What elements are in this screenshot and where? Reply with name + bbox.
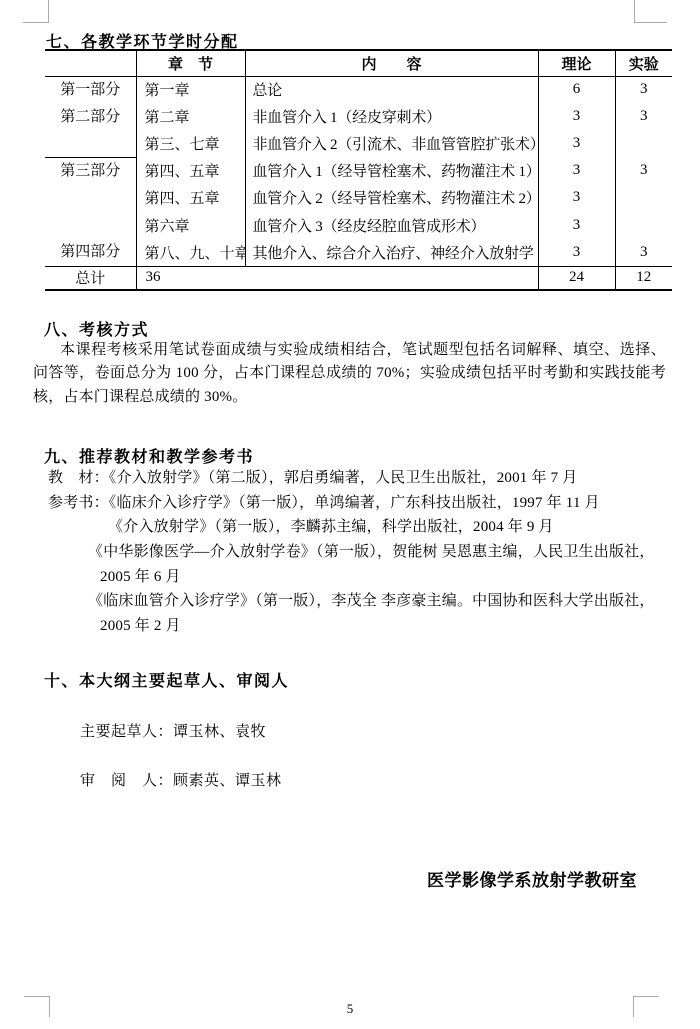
lab-cell: 3 [615, 157, 672, 184]
content-cell: 非血管介入 2（引流术、非血管管腔扩张术） [245, 130, 538, 157]
lab-cell: 3 [615, 239, 672, 266]
lab-cell [615, 130, 672, 157]
chapter-cell: 第六章 [136, 212, 245, 239]
content-cell: 非血管介入 1（经皮穿刺术） [245, 103, 538, 130]
textbook-line: 教 材：《介入放射学》（第二版），郭启勇编著，人民卫生出版社，2001 年 7 … [48, 466, 577, 487]
content-cell: 其他介入、综合介入治疗、神经介入放射学 [245, 239, 538, 266]
part-cell-group2: 第三部分 第四部分 [45, 157, 136, 266]
table-row: 第二章 非血管介入 1（经皮穿刺术） 3 3 [45, 103, 672, 130]
table-row: 第一部分 第二部分 第一章 总论 6 3 [45, 76, 672, 103]
lab-cell: 3 [615, 103, 672, 130]
total-hours: 36 [136, 266, 538, 290]
chapter-cell: 第四、五章 [136, 184, 245, 211]
theory-cell: 3 [538, 212, 615, 239]
part-label: 第一部分 [45, 77, 136, 104]
theory-cell: 3 [538, 130, 615, 157]
theory-cell: 3 [538, 184, 615, 211]
content-cell: 血管介入 1（经导管栓塞术、药物灌注术 1） [245, 157, 538, 184]
part-label: 第四部分 [45, 239, 136, 266]
chapter-cell: 第八、九、十章 [136, 239, 245, 266]
total-theory: 24 [538, 266, 615, 290]
section-10-heading: 十、本大纲主要起草人、审阅人 [44, 668, 289, 691]
header-theory: 理论 [538, 50, 615, 76]
part-cell-group1: 第一部分 第二部分 [45, 76, 136, 157]
chapter-cell: 第三、七章 [136, 130, 245, 157]
lab-cell [615, 184, 672, 211]
chapter-cell: 第四、五章 [136, 157, 245, 184]
theory-cell: 6 [538, 76, 615, 103]
document-page: 七、各教学环节学时分配 章 节 内 容 理论 实验 第一部分 第二部分 第一章 … [0, 0, 700, 1029]
teaching-hours-table: 章 节 内 容 理论 实验 第一部分 第二部分 第一章 总论 6 3 第二章 非… [45, 49, 672, 291]
table-row: 第六章 血管介入 3（经皮经腔血管成形术） 3 [45, 212, 672, 239]
assessment-paragraph: 本课程考核采用笔试卷面成绩与实验成绩相结合，笔试题型包括名词解释、填空、选择、问… [33, 339, 666, 409]
table-total-row: 总计 36 24 12 [45, 266, 672, 290]
page-number: 5 [0, 1001, 700, 1017]
reference-book-line: 参考书：《临床介入诊疗学》（第一版），单鸿编著，广东科技出版社，1997 年 1… [48, 491, 600, 512]
reviewers-line: 审 阅 人：顾素英、谭玉林 [80, 769, 282, 790]
section-9-heading: 九、推荐教材和教学参考书 [44, 444, 254, 467]
content-cell: 血管介入 3（经皮经腔血管成形术） [245, 212, 538, 239]
chapter-cell: 第一章 [136, 76, 245, 103]
reference-book-line: 《临床血管介入诊疗学》（第一版），李茂全 李彦豪主编。中国协和医科大学出版社， [88, 589, 655, 610]
section-8-heading: 八、考核方式 [44, 317, 149, 340]
table-row: 第八、九、十章 其他介入、综合介入治疗、神经介入放射学 3 3 [45, 239, 672, 266]
theory-cell: 3 [538, 157, 615, 184]
table-row: 第四、五章 血管介入 2（经导管栓塞术、药物灌注术 2） 3 [45, 184, 672, 211]
part-label: 第三部分 [45, 158, 136, 185]
total-lab: 12 [615, 266, 672, 290]
content-cell: 血管介入 2（经导管栓塞术、药物灌注术 2） [245, 184, 538, 211]
margin-corner-mark-top-right [634, 0, 667, 23]
header-chapter: 章 节 [136, 50, 245, 76]
total-label: 总计 [45, 266, 136, 290]
table-row: 第三、七章 非血管介入 2（引流术、非血管管腔扩张术） 3 [45, 130, 672, 157]
reference-book-date-line: 2005 年 6 月 [100, 565, 181, 586]
reference-book-line: 《介入放射学》（第一版），李麟荪主编，科学出版社，2004 年 9 月 [108, 515, 554, 536]
header-content: 内 容 [245, 50, 538, 76]
reference-book-date-line: 2005 年 2 月 [100, 614, 181, 635]
lab-cell [615, 212, 672, 239]
lab-cell: 3 [615, 76, 672, 103]
theory-cell: 3 [538, 103, 615, 130]
part-label: 第二部分 [45, 104, 136, 131]
table-row: 第三部分 第四部分 第四、五章 血管介入 1（经导管栓塞术、药物灌注术 1） 3… [45, 157, 672, 184]
content-cell: 总论 [245, 76, 538, 103]
theory-cell: 3 [538, 239, 615, 266]
header-lab: 实验 [615, 50, 672, 76]
department-signature: 医学影像学系放射学教研室 [427, 866, 637, 891]
drafters-line: 主要起草人：谭玉林、袁牧 [80, 720, 266, 741]
chapter-cell: 第二章 [136, 103, 245, 130]
margin-corner-mark-top-left [23, 0, 49, 23]
header-part [45, 50, 136, 76]
reference-book-line: 《中华影像医学—介入放射学卷》（第一版），贺能树 吴恩惠主编，人民卫生出版社， [88, 540, 655, 561]
table-header-row: 章 节 内 容 理论 实验 [45, 50, 672, 76]
